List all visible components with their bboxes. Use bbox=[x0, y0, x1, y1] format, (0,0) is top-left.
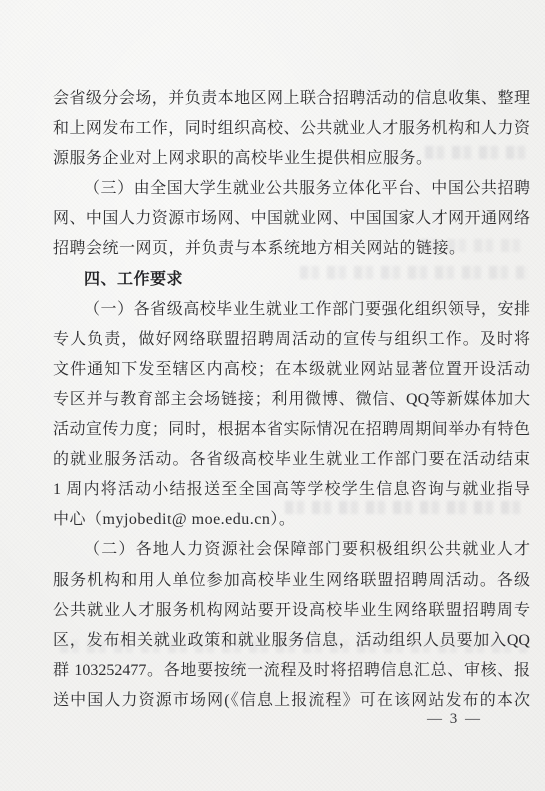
body-line: 的就业服务活动。各省级高校毕业生就业工作部门要在活动结束 bbox=[53, 445, 530, 475]
body-line: 活动宣传力度；同时，根据本省实际情况在招聘周期间举办有特色 bbox=[53, 415, 530, 445]
body-line: 招聘会统一网页，并负责与本系统地方相关网站的链接。 bbox=[53, 234, 530, 264]
body-line: 会省级分会场，并负责本地区网上联合招聘活动的信息收集、整理 bbox=[53, 84, 530, 114]
body-line: （二）各地人力资源社会保障部门要积极组织公共就业人才 bbox=[53, 535, 530, 565]
body-line: 中心（myjobedit@ moe.edu.cn）。 bbox=[53, 505, 530, 535]
body-line: 文件通知下发至辖区内高校；在本级就业网站显著位置开设活动 bbox=[53, 355, 530, 385]
body-line: （一）各省级高校毕业生就业工作部门要强化组织领导，安排 bbox=[53, 295, 530, 325]
body-line: 专区并与教育部主会场链接；利用微博、微信、QQ等新媒体加大 bbox=[53, 385, 530, 415]
page-number: — 3 — bbox=[427, 711, 482, 728]
body-line: 网、中国人力资源市场网、中国就业网、中国国家人才网开通网络 bbox=[53, 204, 530, 234]
body-line: 区，发布相关就业政策和就业服务信息，活动组织人员要加入QQ bbox=[53, 626, 530, 656]
body-line: 和上网发布工作，同时组织高校、公共就业人才服务机构和人力资 bbox=[53, 114, 530, 144]
section-heading: 四、工作要求 bbox=[53, 265, 530, 295]
body-line: 专人负责，做好网络联盟招聘周活动的宣传与组织工作。及时将 bbox=[53, 325, 530, 355]
body-line: （三）由全国大学生就业公共服务立体化平台、中国公共招聘 bbox=[53, 174, 530, 204]
body-line: 群 103252477。各地要按统一流程及时将招聘信息汇总、审核、报 bbox=[53, 656, 530, 686]
body-line: 1 周内将活动小结报送至全国高等学校学生信息咨询与就业指导 bbox=[53, 475, 530, 505]
document-body: 会省级分会场，并负责本地区网上联合招聘活动的信息收集、整理和上网发布工作，同时组… bbox=[53, 84, 530, 716]
body-line: 公共就业人才服务机构网站要开设高校毕业生网络联盟招聘周专 bbox=[53, 596, 530, 626]
scanned-document-page: 会省级分会场，并负责本地区网上联合招聘活动的信息收集、整理和上网发布工作，同时组… bbox=[0, 0, 545, 791]
body-line: 源服务企业对上网求职的高校毕业生提供相应服务。 bbox=[53, 144, 530, 174]
body-line: 服务机构和用人单位参加高校毕业生网络联盟招聘周活动。各级 bbox=[53, 566, 530, 596]
